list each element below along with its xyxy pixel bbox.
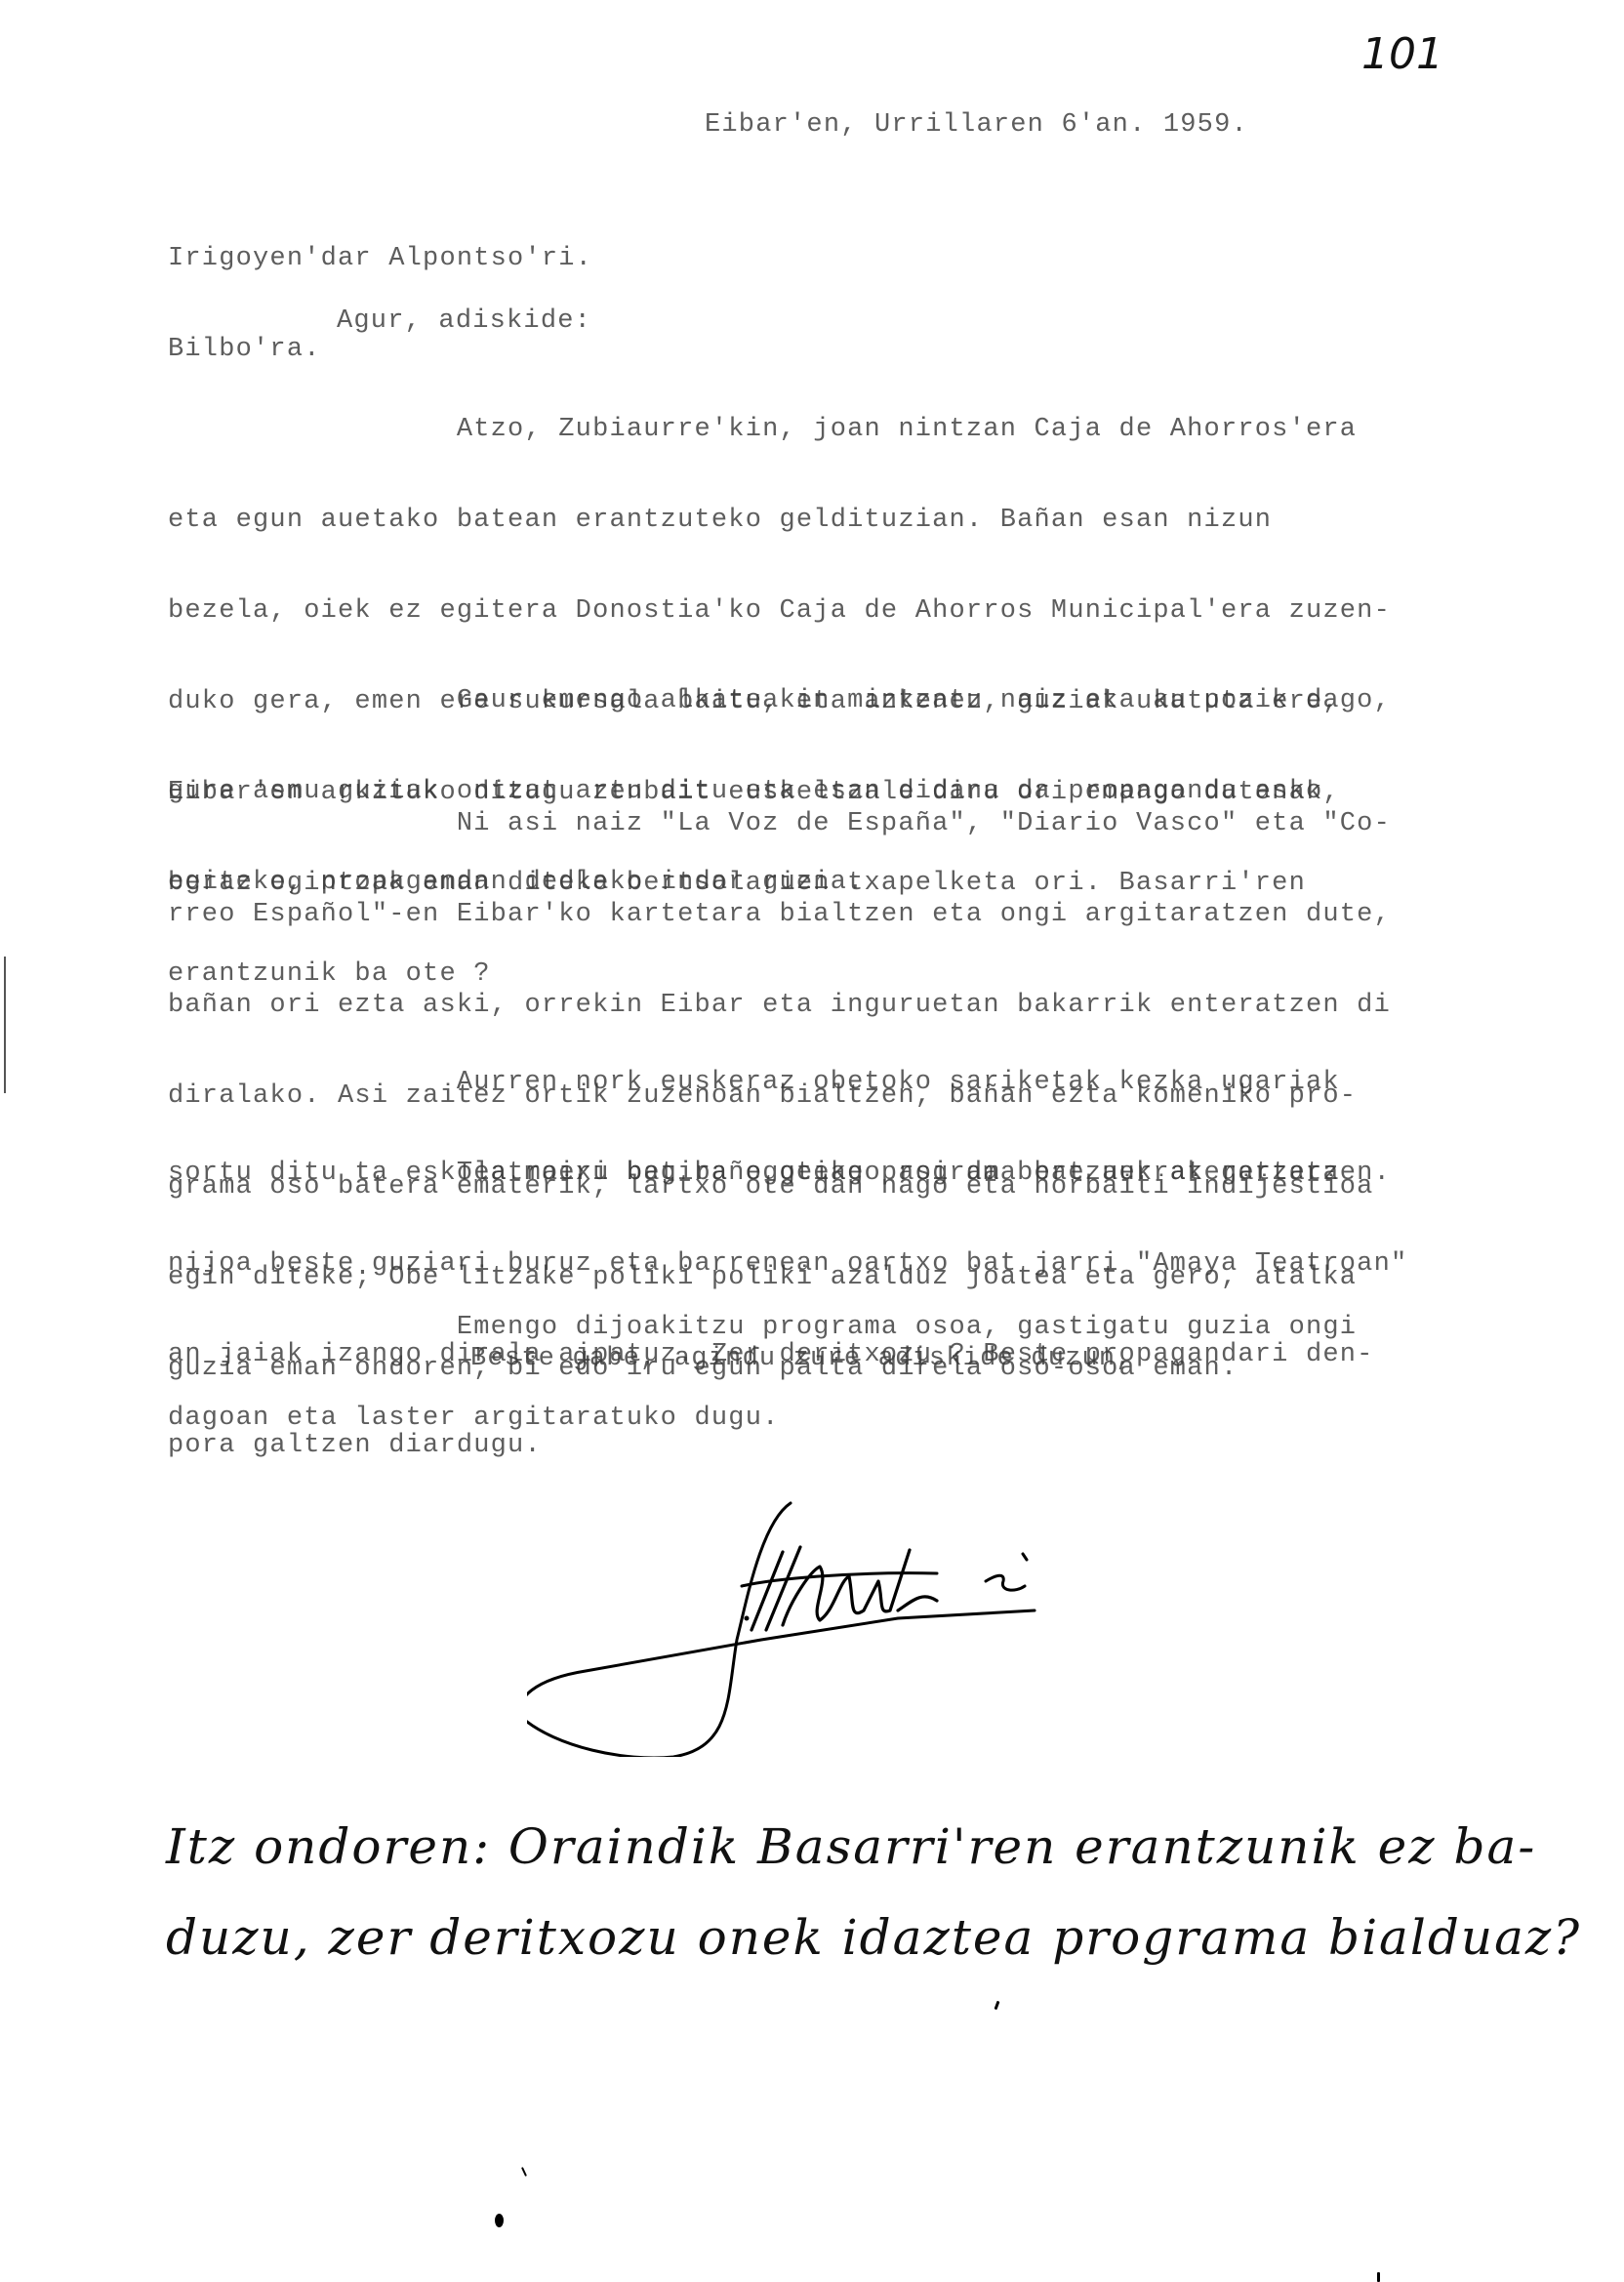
date-line: Eibar'en, Urrillaren 6'an. 1959.	[705, 110, 1248, 141]
closing-line: Beste gabe, agindu zure adiskide duzun,	[470, 1344, 1133, 1374]
page-number: 101	[1361, 29, 1443, 79]
postscript-line-2: duzu, zer deritxozu onek idaztea program…	[166, 1908, 1581, 1967]
text-line: dagoan eta laster argitaratuko dugu.	[168, 1404, 1524, 1434]
text-line: Gaur emengo alkateakin mintzatu naiz eta…	[168, 686, 1524, 716]
text-line: Atzo, Zubiaurre'kin, joan nintzan Caja d…	[168, 415, 1524, 445]
text-line: Aurren nork euskeraz obetoko sariketak k…	[168, 1068, 1524, 1098]
ink-speck	[495, 2214, 504, 2227]
margin-mark	[4, 957, 6, 1093]
signature	[527, 1464, 1230, 1757]
postscript-line-1: Itz ondoren: Oraindik Basarri'ren erantz…	[166, 1817, 1536, 1876]
text-line: Teatroeri begira egoteke programa batzue…	[168, 1159, 1524, 1189]
text-line: bezela, oiek ez egitera Donostia'ko Caja…	[168, 596, 1524, 627]
text-line: Emengo dijoakitzu programa osoa, gastiga…	[168, 1313, 1524, 1343]
text-line: Ni asi naiz "La Voz de España", "Diario …	[168, 809, 1524, 839]
ink-speck	[995, 2001, 1000, 2010]
ink-speck	[521, 2167, 527, 2177]
letter-page: 101 Eibar'en, Urrillaren 6'an. 1959. Iri…	[0, 0, 1624, 2282]
text-line: rreo Español"-en Eibar'ko kartetara bial…	[168, 900, 1524, 930]
greeting: Agur, adiskide:	[337, 306, 591, 337]
recipient-name: Irigoyen'dar Alpontso'ri.	[168, 244, 592, 274]
ink-speck	[1377, 2272, 1380, 2282]
text-line: eta egun auetako batean erantzuteko geld…	[168, 506, 1524, 536]
